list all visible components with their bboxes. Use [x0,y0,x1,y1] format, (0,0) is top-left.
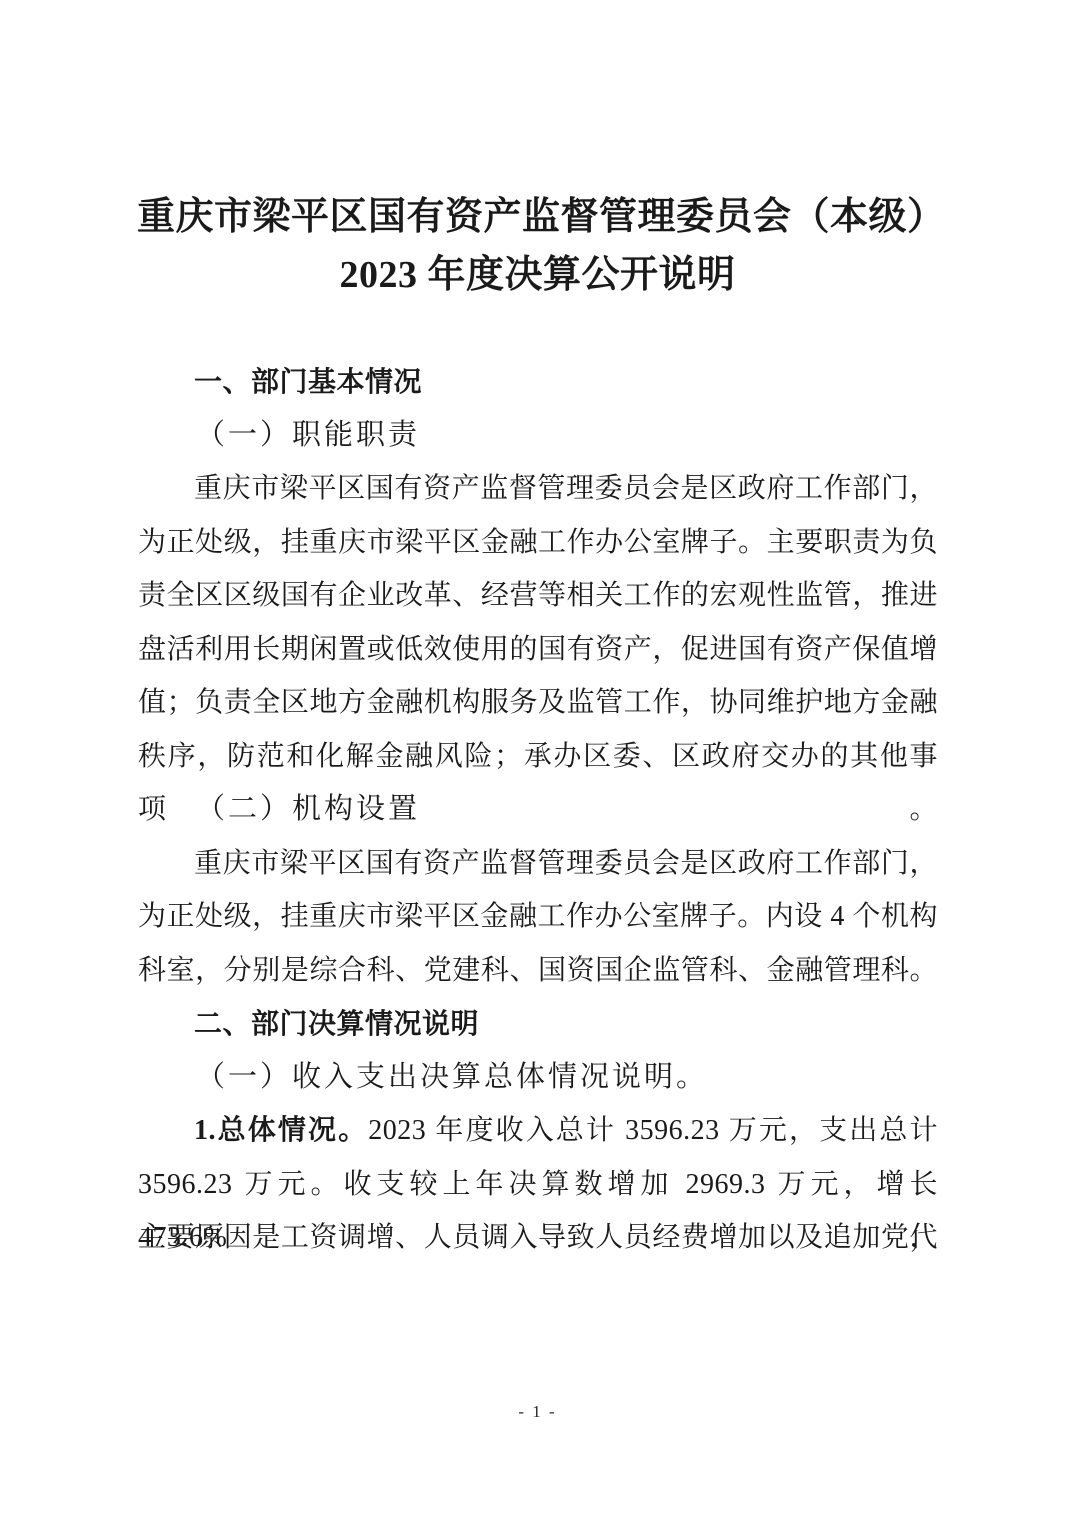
paragraph-line: 责全区区级国有企业改革、经营等相关工作的宏观性监管，推进 [138,569,938,623]
page-footer: - 1 - [0,1402,1075,1422]
subsection-1-1-heading: （一）职能职责 [138,409,938,463]
document-page: 重庆市梁平区国有资产监督管理委员会（本级） 2023 年度决算公开说明 一、部门… [0,0,1075,1520]
paragraph-line-text: 2023 年度收入总计 3596.23 万元，支出总计 [368,1115,938,1146]
subsection-2-1-heading: （一）收入支出决算总体情况说明。 [138,1051,938,1105]
document-body: 一、部门基本情况 （一）职能职责 重庆市梁平区国有资产监督管理委员会是区政府工作… [138,355,938,1265]
document-title-line1: 重庆市梁平区国有资产监督管理委员会（本级） [137,188,938,246]
paragraph-line: 3596.23 万元。收支较上年决算数增加 2969.3 万元，增长 473.6… [138,1158,938,1212]
page-number: - 1 - [518,1402,556,1421]
paragraph-line: 主要原因是工资调增、人员调入导致人员经费增加以及追加党代 [138,1211,938,1265]
paragraph-line: 盘活利用长期闲置或低效使用的国有资产，促进国有资产保值增 [138,623,938,677]
paragraph-line: 1.总体情况。2023 年度收入总计 3596.23 万元，支出总计 [138,1104,938,1158]
paragraph-line: 重庆市梁平区国有资产监督管理委员会是区政府工作部门， [138,837,938,891]
document-title: 重庆市梁平区国有资产监督管理委员会（本级） 2023 年度决算公开说明 [137,188,938,304]
paragraph-lead-bold: 1.总体情况。 [194,1115,368,1146]
paragraph-line: 为正处级，挂重庆市梁平区金融工作办公室牌子。内设 4 个机构 [138,890,938,944]
paragraph-line: 为正处级，挂重庆市梁平区金融工作办公室牌子。主要职责为负 [138,516,938,570]
section-1-heading: 一、部门基本情况 [138,355,938,409]
section-2-heading: 二、部门决算情况说明 [138,997,938,1051]
paragraph-line: 重庆市梁平区国有资产监督管理委员会是区政府工作部门， [138,462,938,516]
document-title-line2: 2023 年度决算公开说明 [137,246,938,304]
paragraph-line: 值；负责全区地方金融机构服务及监管工作，协同维护地方金融 [138,676,938,730]
paragraph-line: 秩序，防范和化解金融风险；承办区委、区政府交办的其他事项。 [138,730,938,784]
paragraph-line: 科室，分别是综合科、党建科、国资国企监管科、金融管理科。 [138,944,938,998]
